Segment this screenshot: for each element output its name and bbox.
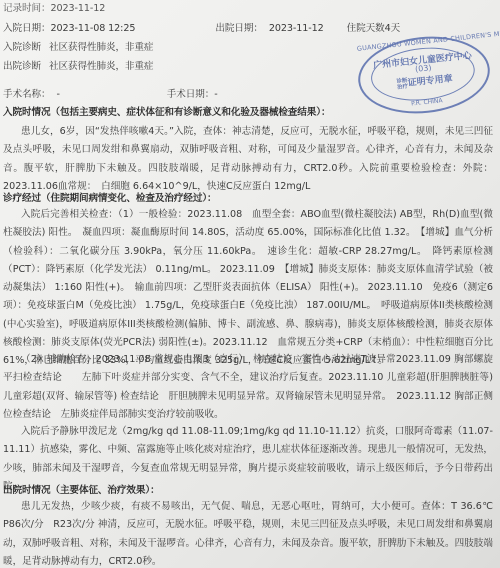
surgery-row: 手术名称：- 手术日期：- [3,88,218,101]
discharge-date-value: 2023-11-12 [269,22,324,35]
treatment-auxiliary-exams: （2）辅助检查：2023.11.08 常规心电图3（自行） 检查结论 窦性心动过… [3,351,493,424]
admit-diagnosis-row: 入院诊断社区获得性肺炎，非重症 [3,41,153,54]
discharge-date-label: 出院日期： [215,22,262,35]
admit-date-label: 入院日期： [3,22,50,35]
admit-diagnosis-value: 社区获得性肺炎，非重症 [49,42,153,53]
admit-date-value: 2023-11-08 12:25 [50,22,162,35]
surgery-date-value: - [214,89,217,100]
record-time-row: 记录时间：2023-11-12 [3,2,105,15]
treatment-section-title: 诊疗经过（住院期间病情变化、检查及治疗经过）： [3,192,217,205]
discharge-summary-document: 记录时间：2023-11-12 入院日期：2023-11-08 12:25 出院… [0,0,500,568]
hospital-stamp: GUANGZHOU WOMEN AND CHILDREN'S MEDICAL C… [354,30,493,119]
surgery-date-label: 手术日期： [167,89,214,100]
dates-row: 入院日期：2023-11-08 12:25 出院日期：2023-11-12 住院… [3,22,400,35]
discharge-diagnosis-label: 出院诊断 [3,61,41,72]
admission-text: 患儿女，6岁，因“发热伴咳嗽4天。”入院，查体：神志清楚，反应可，无脱水征，呼吸… [3,123,493,196]
record-time-label: 记录时间： [3,3,50,14]
discharge-diagnosis-value: 社区获得性肺炎，非重症 [49,61,153,72]
discharge-condition-text: 患儿无发热，少咳少痰，有痰不易咳出，无气促、喘息，无恶心呕吐，胃纳可，大小便可。… [3,498,493,568]
discharge-diagnosis-row: 出院诊断社区获得性肺炎，非重症 [3,60,153,73]
surgery-name-value: - [56,89,59,100]
treatment-lab-tests: 入院后完善相关检查：（1）一般检验：2023.11.08 血型全套：ABO血型(… [3,206,493,371]
surgery-name-label: 手术名称： [3,89,50,100]
discharge-section-title: 出院时情况（主要体征、治疗效果）： [3,484,160,497]
admit-diagnosis-label: 入院诊断 [3,42,41,53]
admission-section-title: 入院时情况（包括主要病史、症状体征和有诊断意义和化验及器械检查结果）： [3,106,330,119]
stay-days: 住院天数4天 [347,22,400,35]
record-time-value: 2023-11-12 [50,3,105,14]
